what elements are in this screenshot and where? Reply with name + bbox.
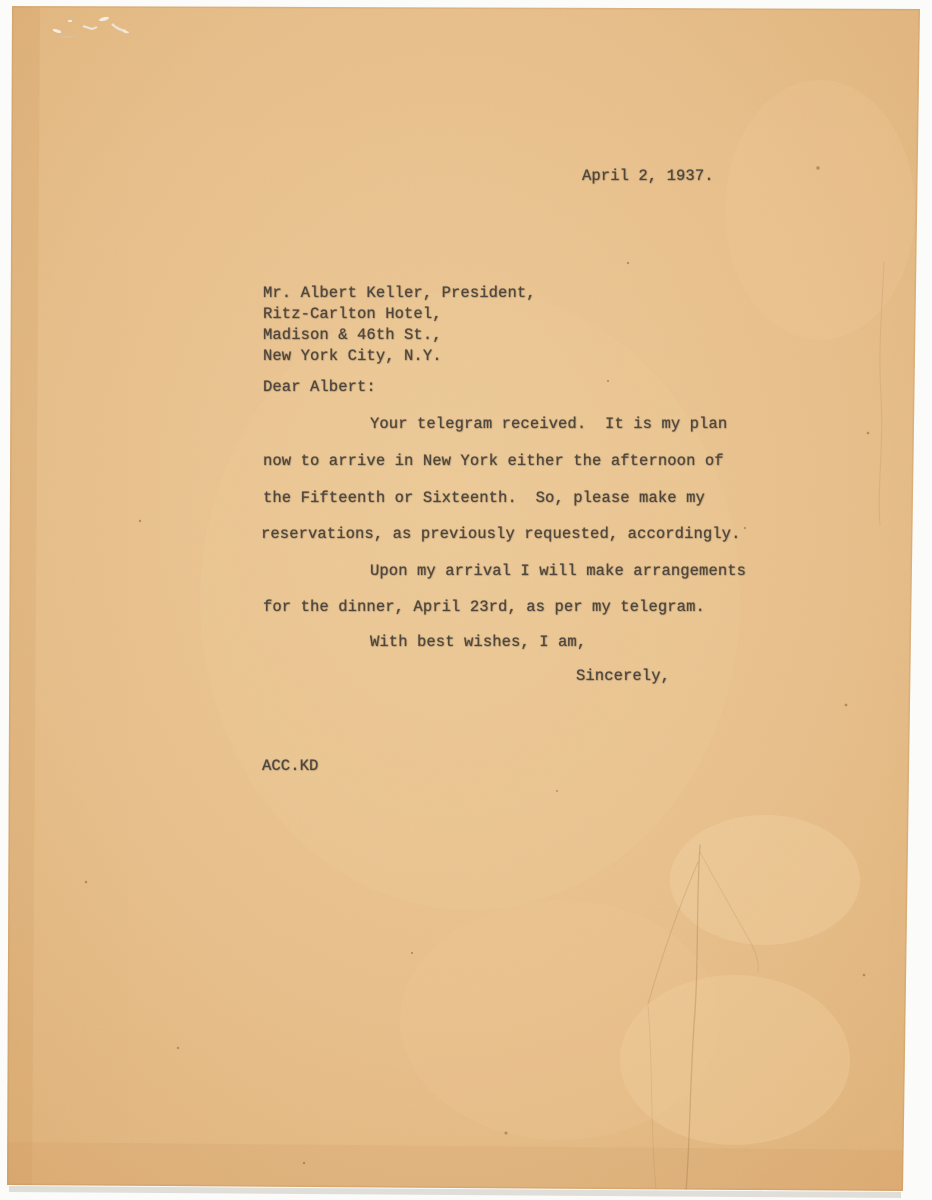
closing-line: With best wishes, I am,: [370, 632, 586, 652]
address-line: Madison & 46th St.,: [263, 325, 442, 345]
letter-text: April 2, 1937. Mr. Albert Keller, Presid…: [0, 0, 932, 1200]
body-line: now to arrive in New York either the aft…: [263, 451, 724, 471]
body-line: the Fifteenth or Sixteenth. So, please m…: [263, 488, 705, 508]
address-line: New York City, N.Y.: [263, 346, 442, 366]
letter-scan: April 2, 1937. Mr. Albert Keller, Presid…: [0, 0, 932, 1200]
typist-initials: ACC.KD: [262, 756, 318, 776]
salutation-line: Dear Albert:: [263, 377, 376, 397]
body-line: for the dinner, April 23rd, as per my te…: [263, 597, 705, 617]
address-line: Ritz-Carlton Hotel,: [263, 304, 442, 324]
address-line: Mr. Albert Keller, President,: [263, 283, 536, 303]
body-line: Upon my arrival I will make arrangements: [370, 561, 746, 581]
date-line: April 2, 1937.: [582, 166, 714, 186]
signoff-line: Sincerely,: [576, 666, 670, 686]
body-line: Your telegram received. It is my plan: [370, 414, 727, 434]
body-line: reservations, as previously requested, a…: [261, 524, 740, 544]
